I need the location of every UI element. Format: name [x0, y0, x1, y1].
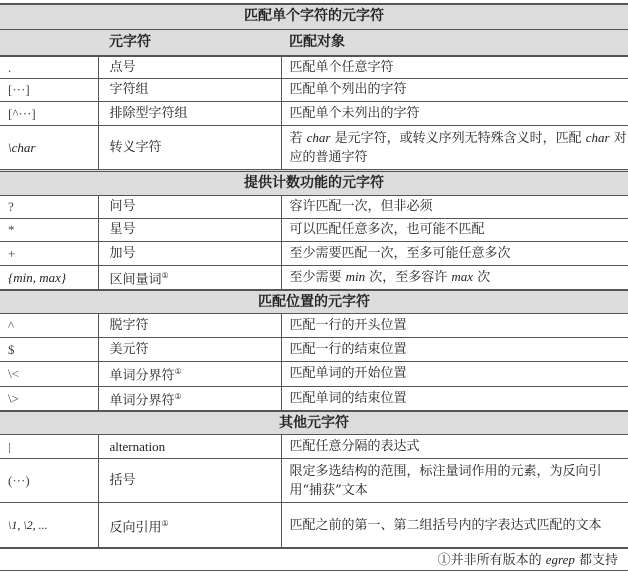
symbol-cell: $: [0, 338, 98, 362]
table-row: \> 单词分界符① 匹配单词的结束位置: [0, 386, 628, 411]
symbol-cell: \char: [0, 125, 98, 170]
desc-cell: 匹配单个未列出的字符: [281, 101, 628, 125]
name-cell: 单词分界符①: [98, 362, 281, 386]
table-row: [^···] 排除型字符组 匹配单个未列出的字符: [0, 101, 628, 125]
symbol-cell: ^: [0, 314, 98, 338]
symbol-cell: ?: [0, 195, 98, 218]
column-header-match: 匹配对象: [281, 29, 628, 56]
metacharacter-table: 匹配单个字符的元字符 元字符 匹配对象 . 点号 匹配单个任意字符 [···] …: [0, 3, 628, 571]
symbol-cell: *: [0, 218, 98, 241]
name-cell: 问号: [98, 195, 281, 218]
desc-cell: 匹配一行的结束位置: [281, 338, 628, 362]
column-header-blank: [0, 29, 98, 56]
desc-cell: 可以匹配任意多次，也可能不匹配: [281, 218, 628, 241]
name-cell: 转义字符: [98, 125, 281, 170]
footnote-marker: ①: [162, 519, 169, 528]
name-cell: 单词分界符①: [98, 386, 281, 411]
desc-cell: 匹配单个列出的字符: [281, 78, 628, 101]
footnote-marker: ①: [162, 271, 169, 280]
desc-cell: 若 char 是元字符，或转义序列无特殊含义时，匹配 char 对应的普通字符: [281, 125, 628, 170]
table-row: {min, max} 区间量词① 至少需要 min 次，至多容许 max 次: [0, 265, 628, 290]
name-cell: 脱字符: [98, 314, 281, 338]
column-header-metachar: 元字符: [98, 29, 281, 56]
desc-cell: 匹配单词的开始位置: [281, 362, 628, 386]
table-row: [···] 字符组 匹配单个列出的字符: [0, 78, 628, 101]
name-cell: 美元符: [98, 338, 281, 362]
symbol-cell: \1, \2, ...: [0, 503, 98, 548]
desc-cell: 匹配之前的第一、第二组括号内的字表达式匹配的文本: [281, 503, 628, 548]
table-row: \char 转义字符 若 char 是元字符，或转义序列无特殊含义时，匹配 ch…: [0, 125, 628, 170]
desc-cell: 限定多选结构的范围，标注量词作用的元素，为反向引用“捕获”文本: [281, 459, 628, 503]
column-header-row: 元字符 匹配对象: [0, 29, 628, 56]
section-header-other: 其他元字符: [0, 411, 628, 435]
section-header-counting: 提供计数功能的元字符: [0, 170, 628, 195]
desc-cell: 匹配单词的结束位置: [281, 386, 628, 411]
table-row: * 星号 可以匹配任意多次，也可能不匹配: [0, 218, 628, 241]
table-row: \1, \2, ... 反向引用① 匹配之前的第一、第二组括号内的字表达式匹配的…: [0, 503, 628, 548]
table-row: ^ 脱字符 匹配一行的开头位置: [0, 314, 628, 338]
symbol-cell: .: [0, 56, 98, 78]
symbol-cell: \<: [0, 362, 98, 386]
symbol-cell: +: [0, 241, 98, 265]
table-row: . 点号 匹配单个任意字符: [0, 56, 628, 78]
section-title: 匹配位置的元字符: [0, 290, 628, 314]
section-header-single-char: 匹配单个字符的元字符: [0, 4, 628, 29]
symbol-cell: [···]: [0, 78, 98, 101]
name-cell: 排除型字符组: [98, 101, 281, 125]
table-row: ? 问号 容许匹配一次，但非必须: [0, 195, 628, 218]
name-cell: 括号: [98, 459, 281, 503]
desc-cell: 至少需要 min 次，至多容许 max 次: [281, 265, 628, 290]
table-row: \< 单词分界符① 匹配单词的开始位置: [0, 362, 628, 386]
section-header-position: 匹配位置的元字符: [0, 290, 628, 314]
desc-cell: 匹配任意分隔的表达式: [281, 435, 628, 459]
section-title: 其他元字符: [0, 411, 628, 435]
footnote-marker: ①: [175, 367, 182, 376]
desc-cell: 至少需要匹配一次，至多可能任意多次: [281, 241, 628, 265]
symbol-cell: \>: [0, 386, 98, 411]
table-row: (···) 括号 限定多选结构的范围，标注量词作用的元素，为反向引用“捕获”文本: [0, 459, 628, 503]
desc-cell: 匹配单个任意字符: [281, 56, 628, 78]
symbol-cell: (···): [0, 459, 98, 503]
name-cell: 区间量词①: [98, 265, 281, 290]
footnote: ①并非所有版本的 egrep 都支持: [0, 548, 628, 571]
symbol-cell: {min, max}: [0, 265, 98, 290]
section-title: 匹配单个字符的元字符: [0, 4, 628, 29]
table-row: | alternation 匹配任意分隔的表达式: [0, 435, 628, 459]
name-cell: 字符组: [98, 78, 281, 101]
section-title: 提供计数功能的元字符: [0, 170, 628, 195]
name-cell: 反向引用①: [98, 503, 281, 548]
table-row: $ 美元符 匹配一行的结束位置: [0, 338, 628, 362]
name-cell: 星号: [98, 218, 281, 241]
footnote-marker: ①: [175, 392, 182, 401]
desc-cell: 容许匹配一次，但非必须: [281, 195, 628, 218]
symbol-cell: |: [0, 435, 98, 459]
symbol-cell: [^···]: [0, 101, 98, 125]
name-cell: alternation: [98, 435, 281, 459]
table-row: + 加号 至少需要匹配一次，至多可能任意多次: [0, 241, 628, 265]
footnote-row: ①并非所有版本的 egrep 都支持: [0, 548, 628, 571]
name-cell: 加号: [98, 241, 281, 265]
name-cell: 点号: [98, 56, 281, 78]
desc-cell: 匹配一行的开头位置: [281, 314, 628, 338]
